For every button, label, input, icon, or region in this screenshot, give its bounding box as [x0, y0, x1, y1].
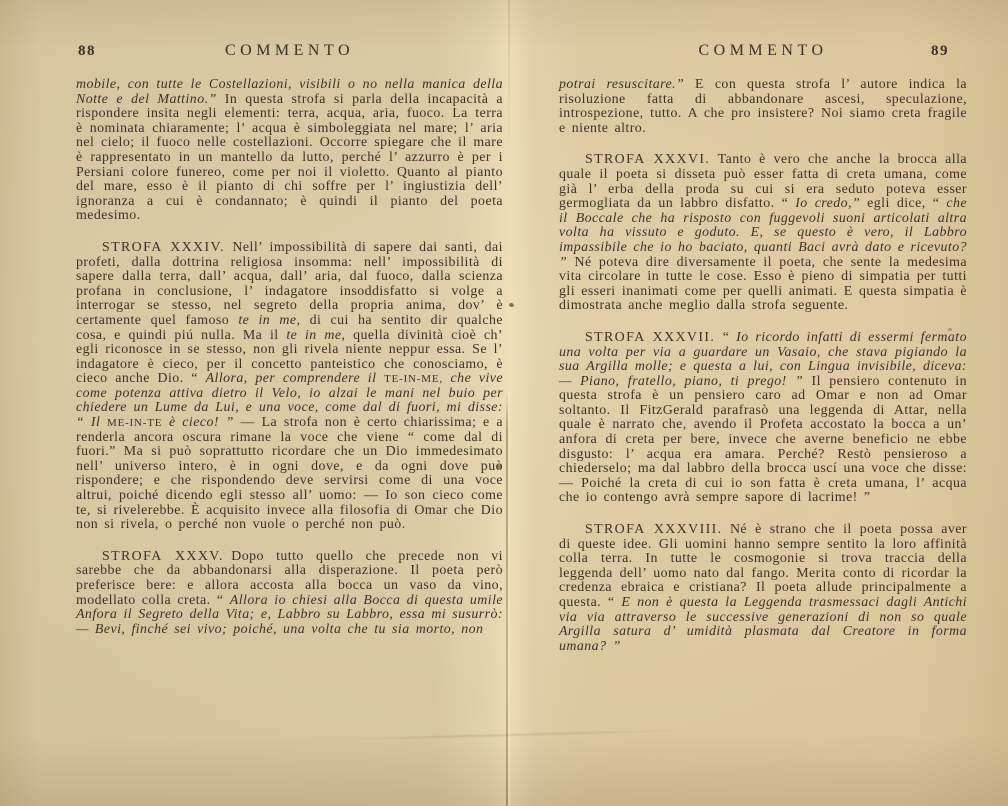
paragraph: STROFA XXXVIII. Né è strano che il poeta…	[559, 523, 967, 654]
gutter-crease-top	[508, 0, 510, 160]
paragraph: STROFA XXXIV. Nell’ impossibilità di sap…	[76, 241, 503, 533]
text-run: Io credo,”	[795, 196, 860, 211]
paragraph: STROFA XXXVI. Tanto è vero che anche la …	[559, 153, 967, 314]
page-number-left: 88	[78, 43, 96, 60]
text-run: potrai resuscitare.”	[559, 77, 684, 92]
page-left: 88 COMMENTO mobile, con tutte le Costell…	[76, 0, 503, 637]
gutter-crease	[506, 392, 508, 806]
text-run: Il pensiero contenuto in questa strofa è…	[559, 374, 967, 506]
text-run: è cieco! ”	[162, 415, 234, 430]
paragraph: STROFA XXXV. Dopo tutto quello che prece…	[76, 550, 503, 638]
strofa-heading: STROFA XXXV.	[102, 549, 224, 564]
strofa-heading: STROFA XXXIV.	[102, 240, 225, 255]
text-run: — La strofa non è certo chiarissima; e a…	[76, 415, 503, 532]
strofa-heading: STROFA XXXVII.	[585, 330, 715, 345]
text-run: Né poteva dire diversamente il poeta, ch…	[559, 255, 967, 314]
running-head-right: COMMENTO	[559, 42, 967, 60]
strofa-heading: STROFA XXXVI.	[585, 152, 710, 167]
page-left-header: 88 COMMENTO	[76, 42, 503, 62]
text-run: Allora, per comprendere il	[206, 371, 384, 386]
text-run: E non è questa la Leggenda trasmessaci d…	[559, 595, 967, 654]
page-left-text: mobile, con tutte le Costellazioni, visi…	[76, 78, 503, 637]
page-number-right: 89	[931, 43, 949, 60]
bottom-paper-crease	[330, 728, 690, 741]
text-run: TE-IN-ME,	[384, 373, 443, 385]
paper-speck	[508, 302, 514, 307]
page-right: COMMENTO 89 potrai resuscitare.” E con q…	[559, 0, 967, 654]
paragraph: potrai resuscitare.” E con questa strofa…	[559, 78, 967, 136]
running-head-left: COMMENTO	[76, 42, 503, 60]
paragraph: mobile, con tutte le Costellazioni, visi…	[76, 78, 503, 224]
strofa-heading: STROFA XXXVIII.	[585, 522, 723, 537]
page-right-text: potrai resuscitare.” E con questa strofa…	[559, 78, 967, 654]
text-run: te in me,	[286, 328, 345, 343]
paragraph: STROFA XXXVII. “ Io ricordo infatti di e…	[559, 331, 967, 506]
text-run: In questa strofa si parla della incapaci…	[76, 92, 503, 224]
text-run: “	[715, 330, 736, 345]
text-run: ME-IN-TE	[107, 417, 162, 429]
text-run: egli dice, “	[860, 196, 946, 211]
page-right-header: COMMENTO 89	[559, 42, 967, 62]
text-run: te in me,	[238, 313, 300, 328]
book-spread: 88 COMMENTO mobile, con tutte le Costell…	[0, 0, 1008, 806]
